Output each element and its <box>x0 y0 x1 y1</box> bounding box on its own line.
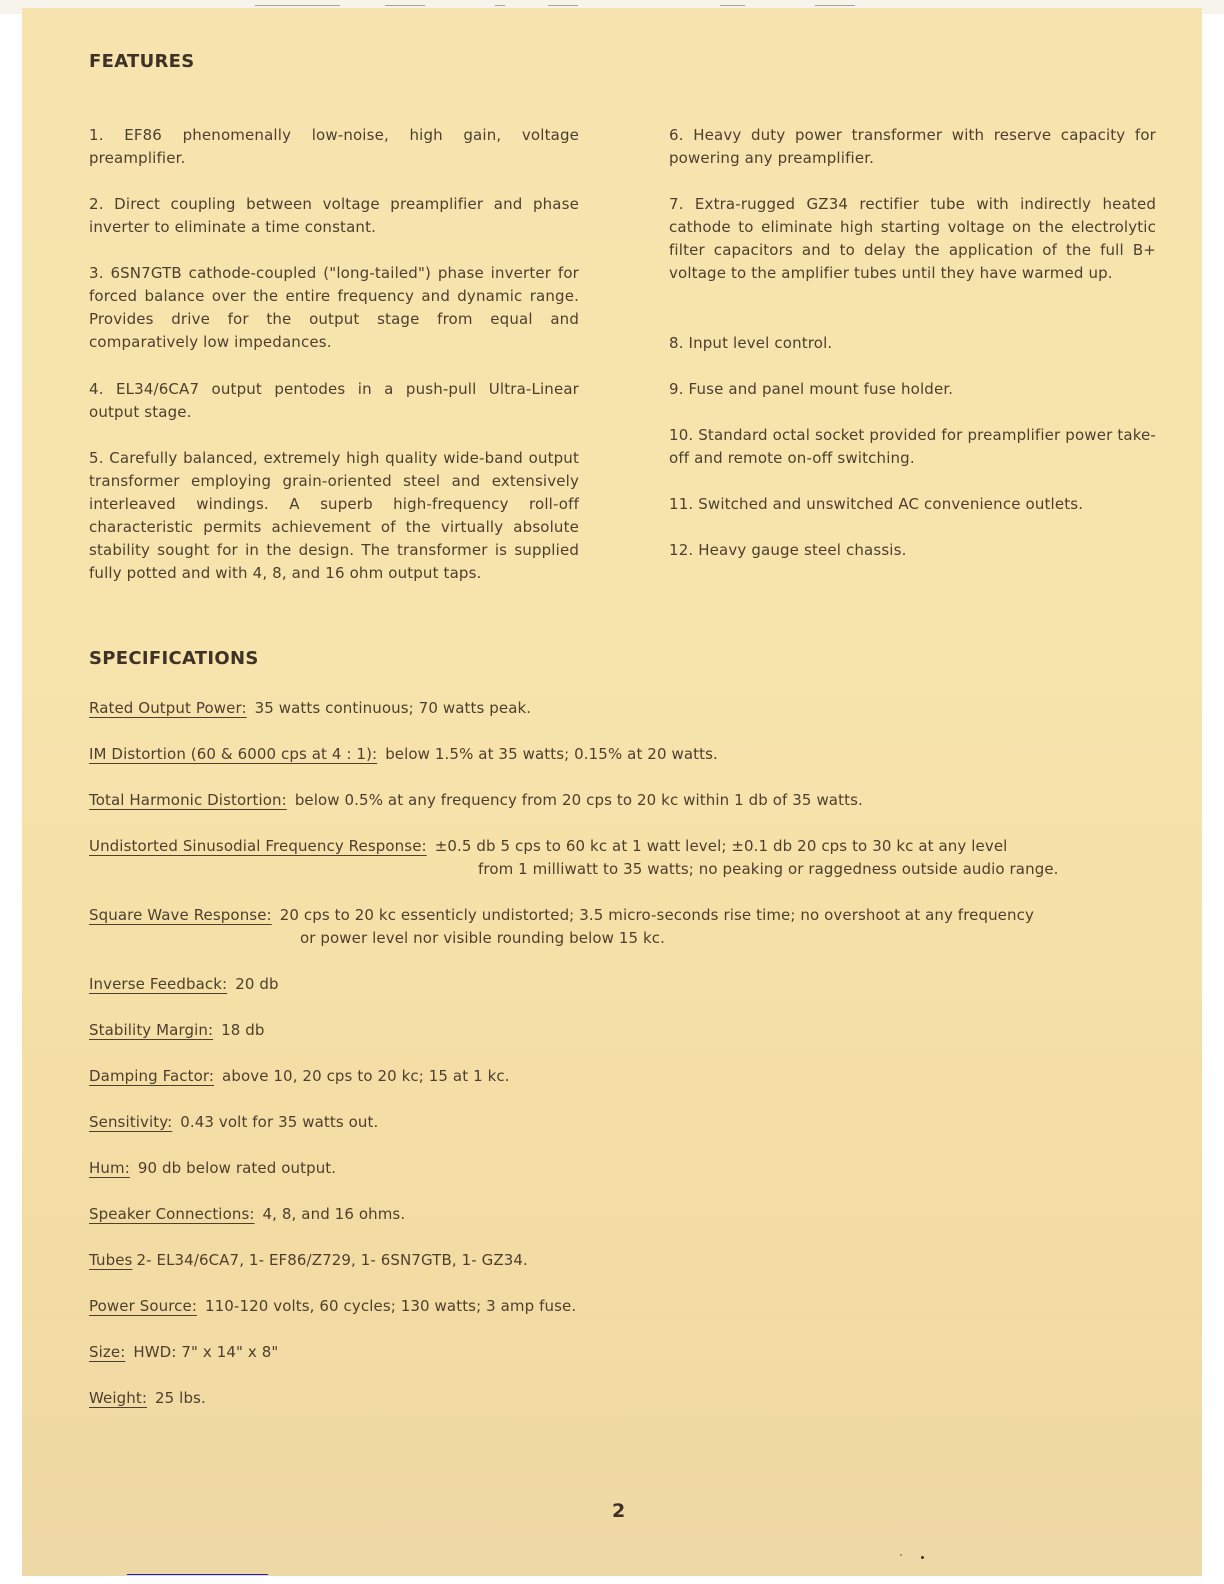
spec-value: HWD: 7" x 14" x 8" <box>133 1343 278 1361</box>
spec-label: Square Wave Response: <box>89 906 272 924</box>
spec-label: Undistorted Sinusodial Frequency Respons… <box>89 837 427 855</box>
feature-item-7: 7. Extra-rugged GZ34 rectifier tube with… <box>669 193 1156 285</box>
spec-label: IM Distortion (60 & 6000 cps at 4 : 1): <box>89 745 377 763</box>
spec-label: Tubes <box>89 1251 132 1269</box>
scan-speck <box>921 1556 924 1559</box>
specifications-heading: SPECIFICATIONS <box>89 648 259 669</box>
spec-value: 0.43 volt for 35 watts out. <box>180 1113 378 1131</box>
spec-label: Weight: <box>89 1389 147 1407</box>
spec-speaker-connections: Speaker Connections:4, 8, and 16 ohms. <box>89 1203 405 1226</box>
spec-value: 110-120 volts, 60 cycles; 130 watts; 3 a… <box>205 1297 576 1315</box>
spec-value: below 1.5% at 35 watts; 0.15% at 20 watt… <box>385 745 718 763</box>
feature-item-4: 4. EL34/6CA7 output pentodes in a push-p… <box>89 378 579 424</box>
spec-frequency-response: Undistorted Sinusodial Frequency Respons… <box>89 835 1007 858</box>
feature-item-9: 9. Fuse and panel mount fuse holder. <box>669 378 1156 401</box>
spec-im-distortion: IM Distortion (60 & 6000 cps at 4 : 1):b… <box>89 743 718 766</box>
feature-item-6: 6. Heavy duty power transformer with res… <box>669 124 1156 170</box>
spec-value: 20 cps to 20 kc essenticly undistorted; … <box>280 906 1034 924</box>
feature-item-1: 1. EF86 phenomenally low-noise, high gai… <box>89 124 579 170</box>
spec-square-wave-response: Square Wave Response:20 cps to 20 kc ess… <box>89 904 1034 927</box>
spec-label: Inverse Feedback: <box>89 975 227 993</box>
spec-weight: Weight:25 lbs. <box>89 1387 206 1410</box>
spec-value: 25 lbs. <box>155 1389 206 1407</box>
page-number: 2 <box>612 1500 625 1522</box>
spec-label: Power Source: <box>89 1297 197 1315</box>
spec-label: Hum: <box>89 1159 130 1177</box>
spec-stability-margin: Stability Margin:18 db <box>89 1019 265 1042</box>
spec-label: Size: <box>89 1343 125 1361</box>
spec-label: Rated Output Power: <box>89 699 247 717</box>
spec-size: Size:HWD: 7" x 14" x 8" <box>89 1341 278 1364</box>
spec-value: 20 db <box>235 975 278 993</box>
spec-label: Sensitivity: <box>89 1113 172 1131</box>
spec-value: ±0.5 db 5 cps to 60 kc at 1 watt level; … <box>435 837 1008 855</box>
spec-label: Total Harmonic Distortion: <box>89 791 287 809</box>
spec-square-wave-response-continued: or power level nor visible rounding belo… <box>300 927 665 950</box>
spec-value: 35 watts continuous; 70 watts peak. <box>255 699 532 717</box>
spec-frequency-response-continued: from 1 milliwatt to 35 watts; no peaking… <box>478 858 1059 881</box>
feature-item-3: 3. 6SN7GTB cathode-coupled ("long-tailed… <box>89 262 579 354</box>
spec-label: Speaker Connections: <box>89 1205 255 1223</box>
features-heading: FEATURES <box>89 51 195 72</box>
spec-value: 18 db <box>221 1021 264 1039</box>
feature-item-11: 11. Switched and unswitched AC convenien… <box>669 493 1156 516</box>
blue-rule <box>127 1574 268 1575</box>
spec-label: Damping Factor: <box>89 1067 214 1085</box>
spec-hum: Hum:90 db below rated output. <box>89 1157 336 1180</box>
feature-item-12: 12. Heavy gauge steel chassis. <box>669 539 1156 562</box>
scan-speck <box>900 1554 902 1556</box>
spec-total-harmonic-distortion: Total Harmonic Distortion:below 0.5% at … <box>89 789 863 812</box>
spec-value: above 10, 20 cps to 20 kc; 15 at 1 kc. <box>222 1067 510 1085</box>
spec-value: below 0.5% at any frequency from 20 cps … <box>295 791 863 809</box>
feature-item-2: 2. Direct coupling between voltage pream… <box>89 193 579 239</box>
spec-inverse-feedback: Inverse Feedback:20 db <box>89 973 279 996</box>
spec-value: 4, 8, and 16 ohms. <box>263 1205 406 1223</box>
spec-value: 2- EL34/6CA7, 1- EF86/Z729, 1- 6SN7GTB, … <box>136 1251 527 1269</box>
spec-rated-output-power: Rated Output Power:35 watts continuous; … <box>89 697 531 720</box>
spec-label: Stability Margin: <box>89 1021 213 1039</box>
spec-tubes: Tubes2- EL34/6CA7, 1- EF86/Z729, 1- 6SN7… <box>89 1249 528 1272</box>
feature-item-5: 5. Carefully balanced, extremely high qu… <box>89 447 579 585</box>
spec-value: 90 db below rated output. <box>138 1159 336 1177</box>
spec-sensitivity: Sensitivity:0.43 volt for 35 watts out. <box>89 1111 378 1134</box>
feature-item-10: 10. Standard octal socket provided for p… <box>669 424 1156 470</box>
spec-damping-factor: Damping Factor:above 10, 20 cps to 20 kc… <box>89 1065 510 1088</box>
spec-power-source: Power Source:110-120 volts, 60 cycles; 1… <box>89 1295 576 1318</box>
feature-item-8: 8. Input level control. <box>669 332 1156 355</box>
